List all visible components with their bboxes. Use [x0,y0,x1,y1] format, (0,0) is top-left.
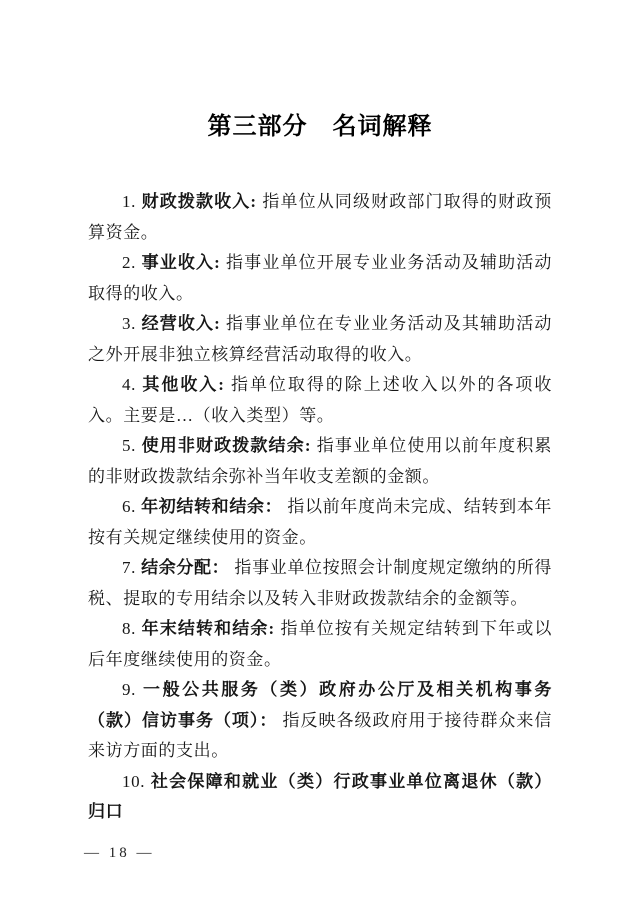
definition-number: 7. [122,558,136,577]
definition-term: 事业收入: [141,253,220,272]
definition-term: 年末结转和结余: [141,619,275,638]
definitions-list: 1.财政拨款收入:指单位从同级财政部门取得的财政预算资金。 2.事业收入:指事业… [88,187,552,828]
definition-item: 8.年末结转和结余:指单位按有关规定结转到下年或以后年度继续使用的资金。 [88,614,552,675]
definition-number: 6. [122,497,136,516]
page-number: — 18 — [84,845,155,862]
definition-term: 其他收入: [141,375,224,394]
definition-term: 结余分配： [141,558,229,577]
definition-number: 2. [122,253,136,272]
definition-number: 10. [122,772,145,791]
definition-item: 6.年初结转和结余：指以前年度尚未完成、结转到本年按有关规定继续使用的资金。 [88,492,552,553]
definition-number: 9. [122,680,136,699]
definition-number: 4. [122,375,136,394]
definition-item: 9.一般公共服务（类）政府办公厅及相关机构事务（款）信访事务（项）：指反映各级政… [88,675,552,767]
definition-item: 7.结余分配：指事业单位按照会计制度规定缴纳的所得税、提取的专用结余以及转入非财… [88,553,552,614]
definition-number: 8. [122,619,136,638]
definition-item: 2.事业收入:指事业单位开展专业业务活动及辅助活动取得的收入。 [88,248,552,309]
definition-term: 财政拨款收入: [141,192,257,211]
definition-term: 年初结转和结余： [141,497,282,516]
page-title: 第三部分 名词解释 [0,0,640,141]
definition-term: 社会保障和就业（类）行政事业单位离退休（款）归口 [88,772,552,822]
definition-number: 5. [122,436,136,455]
definition-item: 4.其他收入:指单位取得的除上述收入以外的各项收入。主要是…（收入类型）等。 [88,370,552,431]
definition-number: 1. [122,192,136,211]
definition-item: 3.经营收入:指事业单位在专业业务活动及其辅助活动之外开展非独立核算经营活动取得… [88,309,552,370]
definition-item: 10.社会保障和就业（类）行政事业单位离退休（款）归口 [88,767,552,828]
definition-term: 使用非财政拨款结余: [141,436,311,455]
definition-item: 5.使用非财政拨款结余:指事业单位使用以前年度积累的非财政拨款结余弥补当年收支差… [88,431,552,492]
document-page: 第三部分 名词解释 1.财政拨款收入:指单位从同级财政部门取得的财政预算资金。 … [0,0,640,906]
definition-term: 经营收入: [141,314,220,333]
definition-item: 1.财政拨款收入:指单位从同级财政部门取得的财政预算资金。 [88,187,552,248]
definition-number: 3. [122,314,136,333]
